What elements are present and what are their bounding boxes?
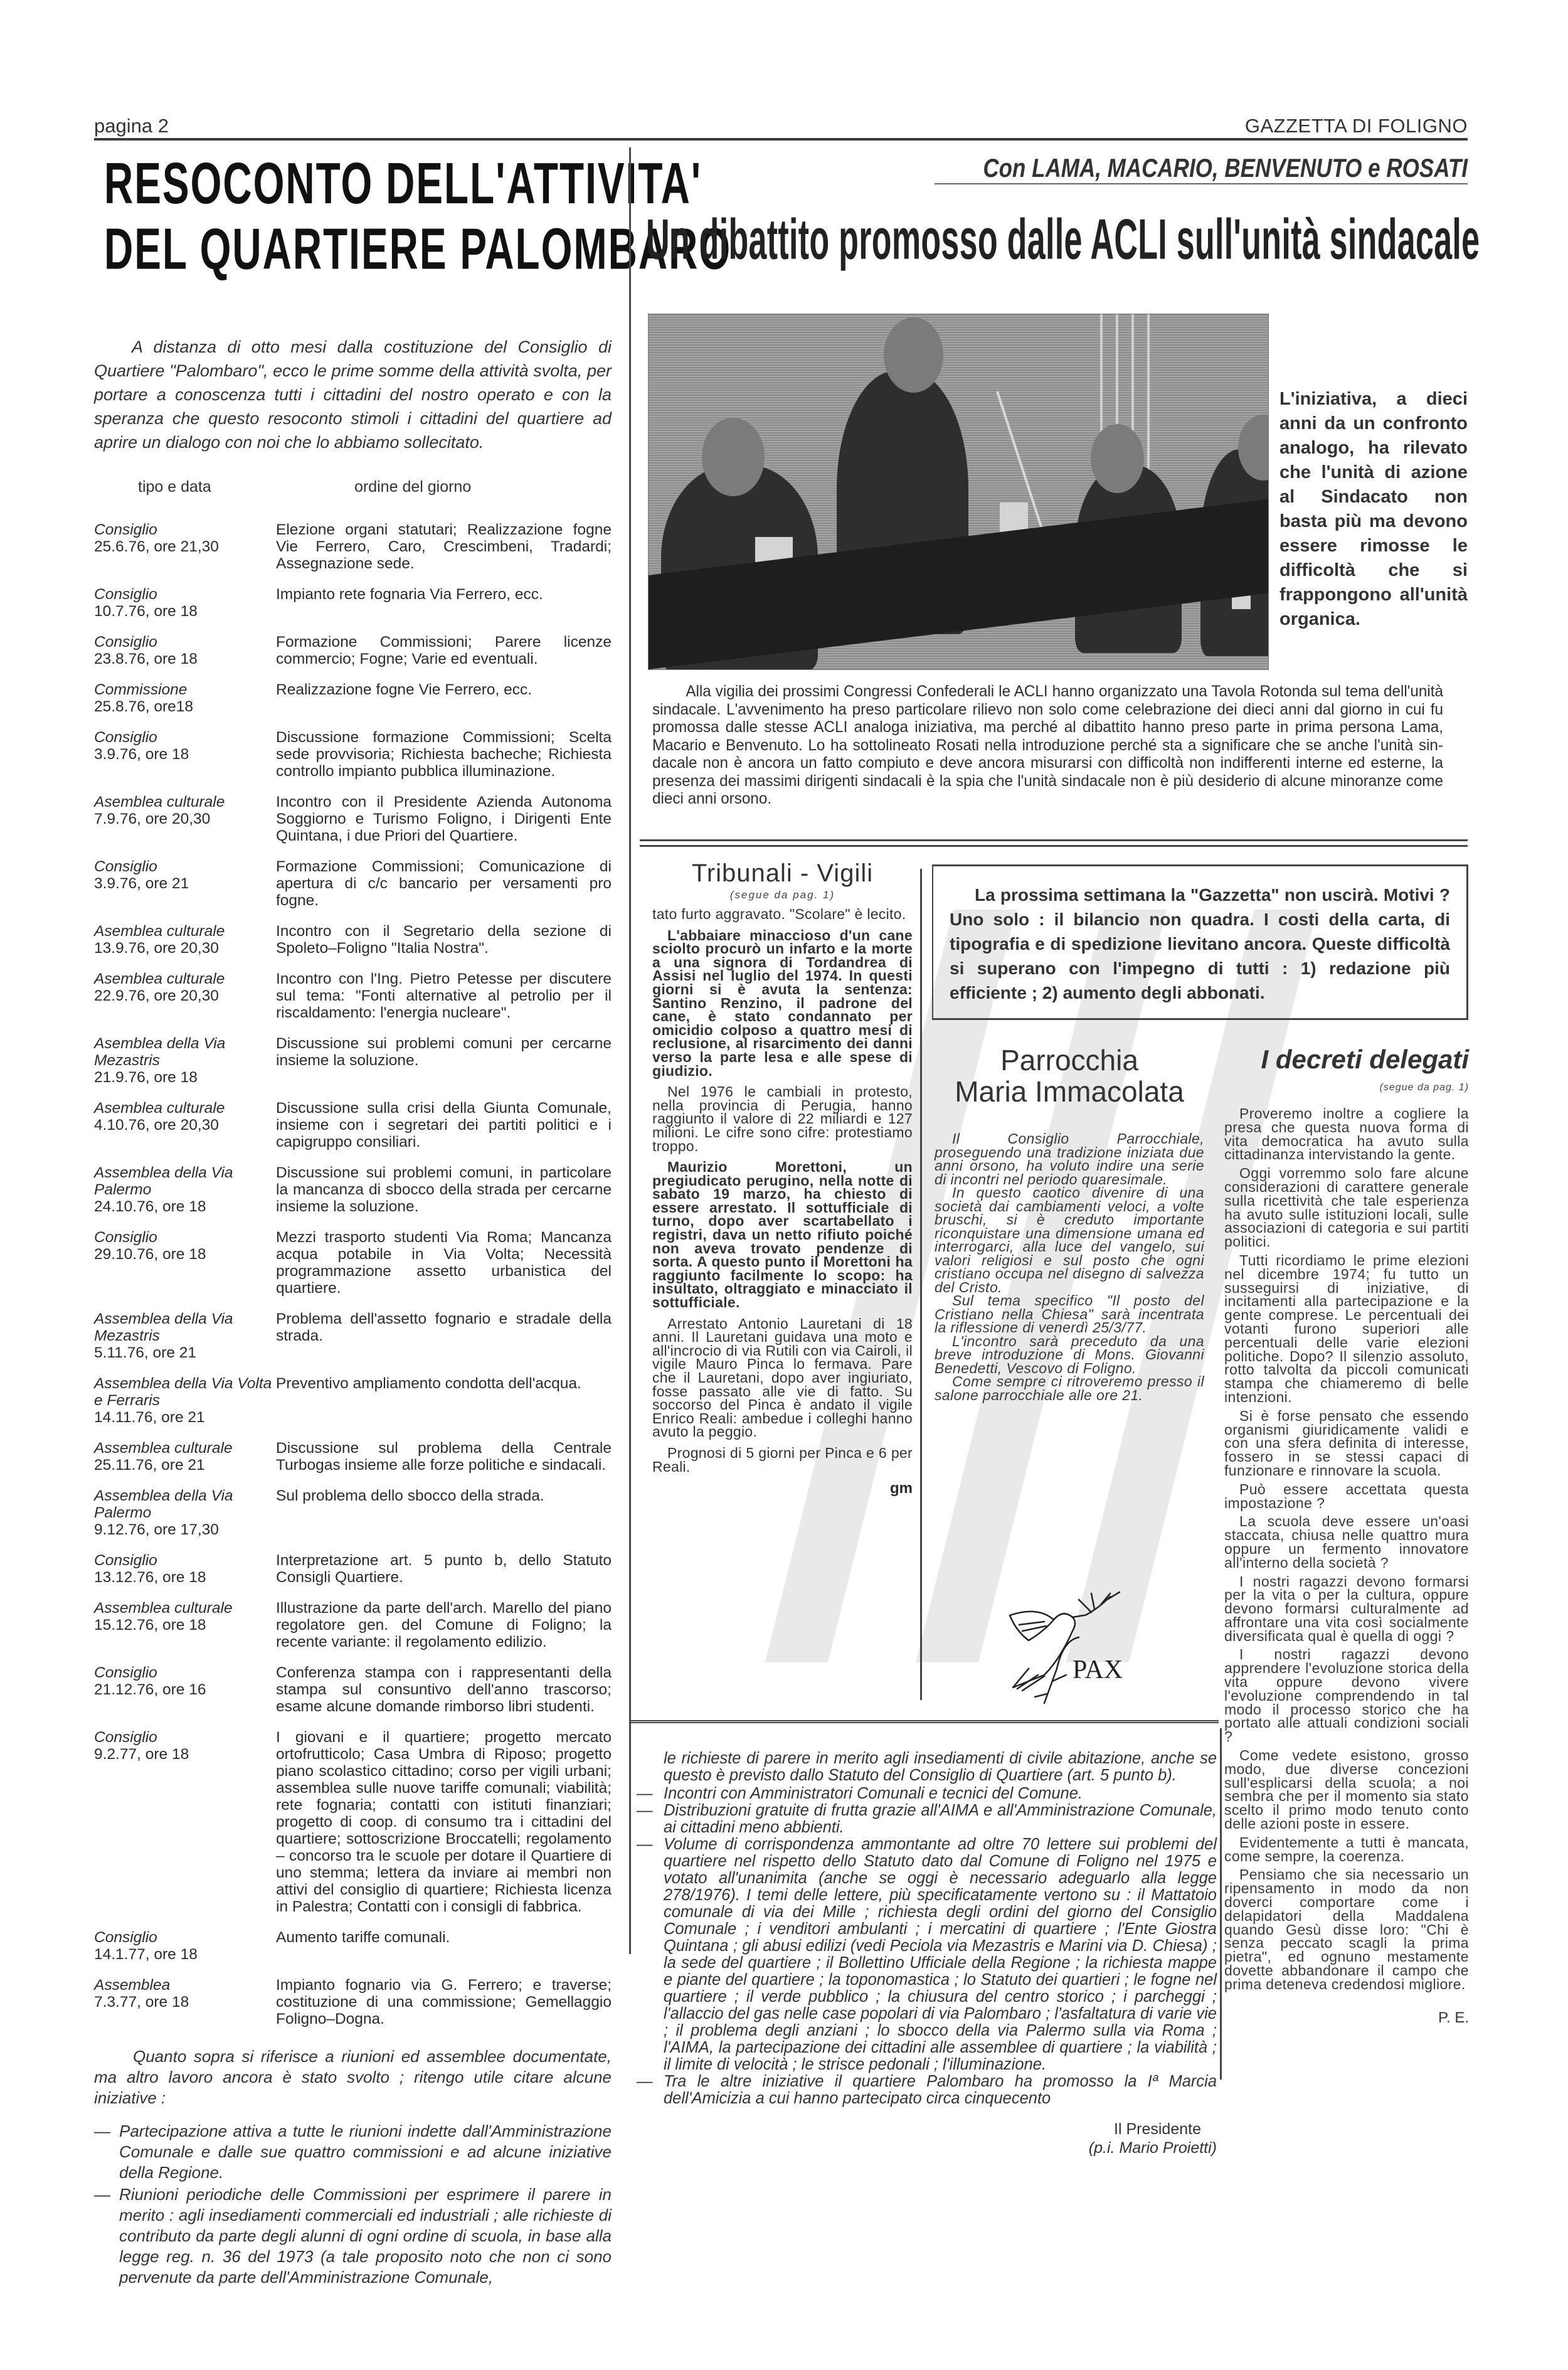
newspaper-name: GAZZETTA DI FOLIGNO xyxy=(1245,115,1468,137)
list-item: Partecipazione attiva a tutte le riunion… xyxy=(94,2121,612,2183)
table-row: Consiglio3.9.76, ore 18Discussione forma… xyxy=(94,729,612,780)
meeting-type: Assemblea della Via Palermo xyxy=(94,1487,276,1521)
meetings-table-header: tipo e data ordine del giorno xyxy=(94,478,612,496)
table-row: Asemblea culturale22.9.76, ore 20,30Inco… xyxy=(94,970,612,1021)
table-row: Assemblea culturale25.11.76, ore 21Discu… xyxy=(94,1440,612,1474)
meeting-type-date: Assemblea della Via Volta e Ferraris14.1… xyxy=(94,1375,276,1426)
meeting-date: 14.1.77, ore 18 xyxy=(94,1946,198,1963)
meeting-type-date: Asemblea della Via Mezastris21.9.76, ore… xyxy=(94,1035,276,1086)
meeting-date: 25.8.76, ore18 xyxy=(94,698,193,715)
list-item: Distribuzioni gratuite di frutta grazie … xyxy=(637,1802,1217,1836)
tribunali-article: Tribunali - Vigili (segue da pag. 1) tat… xyxy=(652,859,913,1497)
meeting-type-date: Consiglio29.10.76, ore 18 xyxy=(94,1229,276,1297)
meeting-agenda: Incontro con il Segretario della sezione… xyxy=(276,923,612,957)
paragraph: Evidentemente a tutti è mancata, come se… xyxy=(1224,1836,1469,1864)
meeting-type: Assemblea della Via Volta e Ferraris xyxy=(94,1375,276,1409)
meeting-type-date: Asemblea culturale7.9.76, ore 20,30 xyxy=(94,794,276,844)
meeting-type: Consiglio xyxy=(94,1729,276,1746)
meeting-type-date: Asemblea culturale22.9.76, ore 20,30 xyxy=(94,970,276,1021)
acli-body: Alla vigilia dei prossimi Congressi Conf… xyxy=(652,683,1443,808)
list-item: Volume di corrispondenza ammontante ad o… xyxy=(637,1836,1217,2073)
column-divider xyxy=(920,869,922,1700)
resoconto-headline: RESOCONTO DELL'ATTIVITA' DEL QUARTIERE P… xyxy=(104,151,612,282)
table-row: Assemblea della Via Mezastris5.11.76, or… xyxy=(94,1310,612,1361)
table-row: Assemblea culturale15.12.76, ore 18Illus… xyxy=(94,1600,612,1650)
table-row: Assemblea della Via Palermo9.12.76, ore … xyxy=(94,1487,612,1538)
meeting-type: Consiglio xyxy=(94,729,276,746)
meeting-type: Asemblea della Via Mezastris xyxy=(94,1035,276,1069)
meeting-date: 9.2.77, ore 18 xyxy=(94,1746,189,1763)
initiatives-list: Partecipazione attiva a tutte le riunion… xyxy=(94,2121,612,2288)
column-divider xyxy=(629,147,631,1954)
paragraph: Nel 1976 le cambiali in protesto, nella … xyxy=(652,1085,913,1153)
list-item: Incontri con Amministratori Comunali e t… xyxy=(637,1785,1217,1802)
meeting-type: Consiglio xyxy=(94,586,276,603)
meeting-agenda: Illustrazione da parte dell'arch. Marell… xyxy=(276,1600,612,1650)
continuation-list: Incontri con Amministratori Comunali e t… xyxy=(637,1785,1217,2107)
meeting-agenda: Mezzi trasporto studenti Via Roma; Manca… xyxy=(276,1229,612,1297)
meeting-date: 23.8.76, ore 18 xyxy=(94,651,198,667)
table-row: Consiglio14.1.77, ore 18Aumento tariffe … xyxy=(94,1929,612,1963)
pax-label: PAX xyxy=(1073,1655,1123,1685)
acli-headline: Un dibattito promosso dalle ACLI sull'un… xyxy=(646,207,1468,273)
acli-pullquote: L'iniziativa, a dieci anni da un confron… xyxy=(1279,387,1468,632)
paragraph: La scuola deve essere un'oasi staccata, … xyxy=(1224,1515,1469,1570)
meeting-agenda: Formazione Commissioni; Comunicazione di… xyxy=(276,858,612,909)
resoconto-continuation: le richieste di parere in merito agli in… xyxy=(637,1750,1217,2157)
column-header-type-date: tipo e data xyxy=(94,478,276,496)
table-row: Asemblea culturale13.9.76, ore 20,30Inco… xyxy=(94,923,612,957)
column-divider xyxy=(1220,1728,1222,2080)
meeting-type-date: Consiglio23.8.76, ore 18 xyxy=(94,634,276,667)
table-row: Consiglio25.6.76, ore 21,30Elezione orga… xyxy=(94,521,612,572)
resoconto-article: RESOCONTO DELL'ATTIVITA' DEL QUARTIERE P… xyxy=(94,151,612,2289)
meeting-type: Asemblea culturale xyxy=(94,794,276,810)
paragraph: L'abbaiare minaccioso d'un cane sciolto … xyxy=(652,929,913,1078)
meeting-type-date: Assemblea7.3.77, ore 18 xyxy=(94,1977,276,2027)
resoconto-closing: Quanto sopra si riferisce a riunioni ed … xyxy=(94,2046,612,2288)
meeting-type-date: Consiglio14.1.77, ore 18 xyxy=(94,1929,276,1963)
meeting-type: Commissione xyxy=(94,681,276,698)
headline-line-1: Parrocchia xyxy=(935,1044,1204,1076)
table-row: Assemblea della Via Volta e Ferraris14.1… xyxy=(94,1375,612,1426)
meeting-agenda: Discussione sulla crisi della Giunta Com… xyxy=(276,1100,612,1150)
meeting-type-date: Consiglio13.12.76, ore 18 xyxy=(94,1552,276,1586)
decreti-continued-note: (segue da pag. 1) xyxy=(1224,1082,1469,1093)
meeting-agenda: Elezione organi statutari; Realizzazione… xyxy=(276,521,612,572)
paragraph: Come sempre ci ritroveremo presso il sal… xyxy=(935,1375,1204,1402)
meeting-agenda: Incontro con l'Ing. Pietro Petesse per d… xyxy=(276,970,612,1021)
signature-name: (p.i. Mario Proietti) xyxy=(637,2139,1217,2157)
meeting-agenda: Aumento tariffe comunali. xyxy=(276,1929,612,1963)
list-item: Tra le altre iniziative il quartiere Pal… xyxy=(637,2073,1217,2107)
table-row: Assemblea della Via Palermo24.10.76, ore… xyxy=(94,1164,612,1215)
paragraph: Il Consiglio Parrocchiale, proseguendo u… xyxy=(935,1132,1204,1186)
meeting-date: 21.9.76, ore 18 xyxy=(94,1069,198,1086)
meeting-type-date: Assemblea culturale15.12.76, ore 18 xyxy=(94,1600,276,1650)
meeting-type-date: Consiglio25.6.76, ore 21,30 xyxy=(94,521,276,572)
section-double-rule xyxy=(640,839,1468,847)
headline-line-2: Maria Immacolata xyxy=(935,1076,1204,1107)
paragraph: Può essere accettata questa impostazione… xyxy=(1224,1483,1469,1511)
meeting-type-date: Assemblea della Via Palermo9.12.76, ore … xyxy=(94,1487,276,1538)
acli-kicker: Con LAMA, MACARIO, BENVENUTO e ROSATI xyxy=(853,154,1468,184)
meeting-type: Consiglio xyxy=(94,1552,276,1569)
signature-title: Il Presidente xyxy=(637,2120,1217,2139)
kicker-rule xyxy=(935,183,1468,184)
page-number: pagina 2 xyxy=(94,115,169,137)
meeting-agenda: Conferenza stampa con i rappresentanti d… xyxy=(276,1664,612,1715)
paragraph: Sul tema specifico "Il posto del Cristia… xyxy=(935,1294,1204,1335)
paragraph: I nostri ragazzi devono formarsi per la … xyxy=(1224,1575,1469,1644)
meeting-agenda: Problema dell'assetto fognario e stradal… xyxy=(276,1310,612,1361)
meeting-type-date: Consiglio9.2.77, ore 18 xyxy=(94,1729,276,1915)
dove-with-olive-branch-icon xyxy=(985,1581,1173,1706)
meeting-type-date: Asemblea culturale4.10.76, ore 20,30 xyxy=(94,1100,276,1150)
paragraph: Tutti ricordiamo le prime elezioni nel d… xyxy=(1224,1254,1469,1405)
meeting-type: Assemblea della Via Palermo xyxy=(94,1164,276,1198)
meeting-agenda: Formazione Commissioni; Parere licenze c… xyxy=(276,634,612,667)
meeting-type: Asemblea culturale xyxy=(94,970,276,987)
table-row: Consiglio10.7.76, ore 18Impianto rete fo… xyxy=(94,586,612,620)
paragraph: Oggi vorremmo solo fare alcune considera… xyxy=(1224,1167,1469,1249)
tribunali-signature: gm xyxy=(652,1480,913,1497)
paragraph: I nostri ragazzi devono apprendere l'evo… xyxy=(1224,1648,1469,1744)
meeting-date: 14.11.76, ore 21 xyxy=(94,1409,205,1426)
meeting-agenda: Incontro con il Presidente Azienda Auton… xyxy=(276,794,612,844)
decreti-headline: I decreti delegati xyxy=(1224,1044,1469,1075)
meeting-agenda: Interpretazione art. 5 punto b, dello St… xyxy=(276,1552,612,1586)
notice-box: La prossima settimana la "Gazzetta" non … xyxy=(932,864,1468,1020)
meeting-date: 10.7.76, ore 18 xyxy=(94,603,198,620)
meetings-table: Consiglio25.6.76, ore 21,30Elezione orga… xyxy=(94,521,612,2027)
meeting-date: 5.11.76, ore 21 xyxy=(94,1344,196,1361)
paragraph: Si è forse pensato che essendo organismi… xyxy=(1224,1410,1469,1478)
meeting-type: Consiglio xyxy=(94,1229,276,1246)
meeting-agenda: Discussione sui problemi comuni per cerc… xyxy=(276,1035,612,1086)
meeting-type-date: Asemblea culturale13.9.76, ore 20,30 xyxy=(94,923,276,957)
meeting-type-date: Assemblea della Via Mezastris5.11.76, or… xyxy=(94,1310,276,1361)
meeting-date: 3.9.76, ore 18 xyxy=(94,746,189,763)
meeting-type-date: Consiglio10.7.76, ore 18 xyxy=(94,586,276,620)
meeting-date: 3.9.76, ore 21 xyxy=(94,875,189,892)
meeting-agenda: Impianto fognario via G. Ferrero; e trav… xyxy=(276,1977,612,2027)
meeting-date: 13.9.76, ore 20,30 xyxy=(94,940,219,957)
continuation-lead: le richieste di parere in merito agli in… xyxy=(637,1750,1217,1784)
meeting-agenda: Discussione sui problemi comuni, in part… xyxy=(276,1164,612,1215)
header-rule xyxy=(94,138,1468,141)
meeting-type: Assemblea culturale xyxy=(94,1600,276,1617)
tribunali-body: tato furto aggravato. "Scolare" è lecito… xyxy=(652,908,913,1474)
meeting-date: 13.12.76, ore 18 xyxy=(94,1569,206,1586)
meeting-date: 25.11.76, ore 21 xyxy=(94,1457,205,1474)
meeting-date: 25.6.76, ore 21,30 xyxy=(94,538,219,555)
table-row: Asemblea culturale4.10.76, ore 20,30Disc… xyxy=(94,1100,612,1150)
table-row: Assemblea7.3.77, ore 18Impianto fognario… xyxy=(94,1977,612,2027)
table-row: Consiglio23.8.76, ore 18Formazione Commi… xyxy=(94,634,612,667)
meeting-type: Consiglio xyxy=(94,521,276,538)
tribunali-headline: Tribunali - Vigili xyxy=(652,859,913,888)
meeting-date: 7.9.76, ore 20,30 xyxy=(94,810,210,827)
table-row: Consiglio13.12.76, ore 18Interpretazione… xyxy=(94,1552,612,1586)
round-table-photo xyxy=(648,314,1269,670)
table-row: Commissione25.8.76, ore18Realizzazione f… xyxy=(94,681,612,715)
meeting-type-date: Assemblea della Via Palermo24.10.76, ore… xyxy=(94,1164,276,1215)
meeting-type: Consiglio xyxy=(94,858,276,875)
meeting-date: 21.12.76, ore 16 xyxy=(94,1681,206,1698)
meeting-type-date: Consiglio3.9.76, ore 18 xyxy=(94,729,276,780)
meeting-type: Consiglio xyxy=(94,1929,276,1946)
section-double-rule xyxy=(629,1720,1219,1723)
decreti-article: I decreti delegati (segue da pag. 1) Pro… xyxy=(1224,1044,1469,2027)
paragraph: Arrestato Antonio Lauretani di 18 anni. … xyxy=(652,1317,913,1439)
paragraph: Prognosi di 5 giorni per Pinca e 6 per R… xyxy=(652,1447,913,1474)
president-signature: Il Presidente (p.i. Mario Proietti) xyxy=(637,2120,1217,2157)
meeting-agenda: Sul problema dello sbocco della strada. xyxy=(276,1487,612,1538)
decreti-signature: P. E. xyxy=(1224,2009,1469,2027)
headline-line-2: DEL QUARTIERE PALOMBARO xyxy=(104,216,612,281)
paragraph: L'incontro sarà preceduto da una breve i… xyxy=(935,1335,1204,1376)
meeting-type: Assemblea della Via Mezastris xyxy=(94,1310,276,1344)
table-row: Consiglio21.12.76, ore 16Conferenza stam… xyxy=(94,1664,612,1715)
meeting-agenda: Preventivo ampliamento condotta dell'acq… xyxy=(276,1375,612,1426)
parrocchia-article: Parrocchia Maria Immacolata Il Consiglio… xyxy=(935,1044,1204,1402)
meeting-agenda: Discussione sul problema della Centrale … xyxy=(276,1440,612,1474)
paragraph: tato furto aggravato. "Scolare" è lecito… xyxy=(652,908,913,922)
table-row: Asemblea culturale7.9.76, ore 20,30Incon… xyxy=(94,794,612,844)
meeting-date: 4.10.76, ore 20,30 xyxy=(94,1117,219,1134)
meeting-date: 9.12.76, ore 17,30 xyxy=(94,1521,219,1538)
meeting-type: Consiglio xyxy=(94,634,276,651)
paragraph: In questo caotico divenire di una societ… xyxy=(935,1186,1204,1294)
meeting-type: Asemblea culturale xyxy=(94,923,276,940)
table-row: Consiglio29.10.76, ore 18Mezzi trasporto… xyxy=(94,1229,612,1297)
meeting-date: 22.9.76, ore 20,30 xyxy=(94,987,219,1004)
meeting-type-date: Commissione25.8.76, ore18 xyxy=(94,681,276,715)
meeting-date: 7.3.77, ore 18 xyxy=(94,1994,189,2011)
meeting-date: 29.10.76, ore 18 xyxy=(94,1246,206,1263)
resoconto-intro: A distanza di otto mesi dalla costituzio… xyxy=(94,335,612,454)
parrocchia-headline: Parrocchia Maria Immacolata xyxy=(935,1044,1204,1107)
table-row: Consiglio9.2.77, ore 18I giovani e il qu… xyxy=(94,1729,612,1915)
meeting-type: Asemblea culturale xyxy=(94,1100,276,1117)
meeting-agenda: Discussione formazione Commissioni; Scel… xyxy=(276,729,612,780)
paragraph: Maurizio Morettoni, un pregiudicato peru… xyxy=(652,1161,913,1310)
paragraph: Pensiamo che sia necessario un ripensame… xyxy=(1224,1868,1469,1991)
paragraph: Proveremo inoltre a cogliere la presa ch… xyxy=(1224,1107,1469,1162)
table-row: Consiglio3.9.76, ore 21Formazione Commis… xyxy=(94,858,612,909)
meeting-type: Consiglio xyxy=(94,1664,276,1681)
meeting-type-date: Consiglio3.9.76, ore 21 xyxy=(94,858,276,909)
headline-line-1: RESOCONTO DELL'ATTIVITA' xyxy=(104,151,612,216)
table-row: Asemblea della Via Mezastris21.9.76, ore… xyxy=(94,1035,612,1086)
column-header-agenda: ordine del giorno xyxy=(276,478,471,496)
decreti-body: Proveremo inoltre a cogliere la presa ch… xyxy=(1224,1107,1469,1992)
meeting-type: Assemblea culturale xyxy=(94,1440,276,1457)
meeting-agenda: I giovani e il quartiere; progetto merca… xyxy=(276,1729,612,1915)
meeting-agenda: Impianto rete fognaria Via Ferrero, ecc. xyxy=(276,586,612,620)
list-item: Riunioni periodiche delle Commissioni pe… xyxy=(94,2184,612,2288)
meeting-date: 15.12.76, ore 18 xyxy=(94,1617,206,1634)
meeting-date: 24.10.76, ore 18 xyxy=(94,1198,206,1215)
tribunali-continued-note: (segue da pag. 1) xyxy=(652,889,913,901)
closing-text: Quanto sopra si riferisce a riunioni ed … xyxy=(94,2046,612,2108)
notice-text: La prossima settimana la "Gazzetta" non … xyxy=(950,883,1450,1005)
meeting-agenda: Realizzazione fogne Vie Ferrero, ecc. xyxy=(276,681,612,715)
meeting-type-date: Assemblea culturale25.11.76, ore 21 xyxy=(94,1440,276,1474)
meeting-type-date: Consiglio21.12.76, ore 16 xyxy=(94,1664,276,1715)
meeting-type: Assemblea xyxy=(94,1977,276,1994)
paragraph: Come vedete esistono, grosso modo, due d… xyxy=(1224,1749,1469,1831)
pax-illustration: PAX xyxy=(985,1581,1173,1706)
